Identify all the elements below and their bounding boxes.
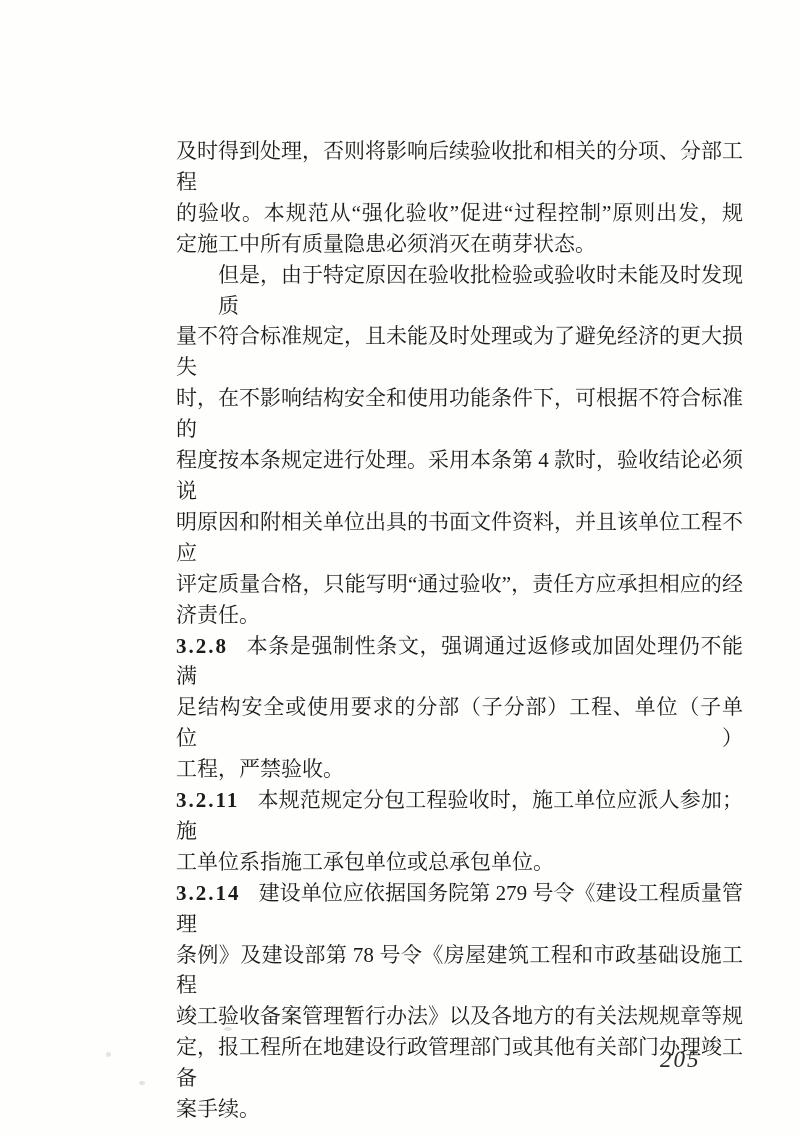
text-line: 3.2.14建设单位应依据国务院第 279 号令《建设工程质量管理 — [176, 878, 743, 940]
clause-number: 3.2.14 — [176, 881, 241, 905]
body-text-block: 及时得到处理，否则将影响后续验收批和相关的分项、分部工程 的验收。本规范从“强化… — [176, 136, 743, 1125]
text-line: 评定质量合格，只能写明“通过验收”，责任方应承担相应的经 — [176, 569, 743, 600]
text-line: 定施工中所有质量隐患必须消灭在萌芽状态。 — [176, 229, 743, 260]
text-line: 及时得到处理，否则将影响后续验收批和相关的分项、分部工程 — [176, 136, 743, 198]
text-line: 但是，由于特定原因在验收批检验或验收时未能及时发现质 — [176, 260, 743, 322]
text-line: 时，在不影响结构安全和使用功能条件下，可根据不符合标准的 — [176, 383, 743, 445]
text-line-content: 建设单位应依据国务院第 279 号令《建设工程质量管理 — [176, 881, 743, 936]
text-line-content: 足结构安全或使用要求的分部（子分部）工程、单位（子单位） — [176, 695, 743, 750]
text-line: 工单位系指施工承包单位或总承包单位。 — [176, 847, 743, 878]
text-line-content: 程度按本条规定进行处理。采用本条第 4 款时，验收结论必须说 — [176, 448, 743, 503]
text-line-content: 竣工验收备案管理暂行办法》以及各地方的有关法规规章等规 — [176, 1004, 743, 1028]
text-line-content: 工单位系指施工承包单位或总承包单位。 — [176, 850, 554, 874]
scan-speck — [224, 1027, 232, 1031]
text-line-content: 案手续。 — [176, 1097, 260, 1121]
text-line: 工程，严禁验收。 — [176, 754, 743, 785]
text-line-content: 量不符合标准规定，且未能及时处理或为了避免经济的更大损失 — [176, 324, 743, 379]
text-line: 足结构安全或使用要求的分部（子分部）工程、单位（子单位） — [176, 692, 743, 754]
text-line-content: 本条是强制性条文，强调通过返修或加固处理仍不能满 — [176, 634, 743, 689]
text-line-content: 济责任。 — [176, 603, 260, 627]
text-line-content: 但是，由于特定原因在验收批检验或验收时未能及时发现质 — [218, 263, 743, 318]
text-line-content: 条例》及建设部第 78 号令《房屋建筑工程和市政基础设施工程 — [176, 943, 743, 998]
clause-number: 3.2.8 — [176, 634, 228, 658]
text-line: 条例》及建设部第 78 号令《房屋建筑工程和市政基础设施工程 — [176, 940, 743, 1002]
text-line-content: 明原因和附相关单位出具的书面文件资料，并且该单位工程不应 — [176, 510, 743, 565]
text-line-content: 评定质量合格，只能写明“通过验收”，责任方应承担相应的经 — [176, 572, 743, 596]
scan-speck — [106, 1052, 111, 1057]
text-line: 3.2.8本条是强制性条文，强调通过返修或加固处理仍不能满 — [176, 631, 743, 693]
text-line-content: 定，报工程所在地建设行政管理部门或其他有关部门办理竣工备 — [176, 1035, 743, 1090]
clause-number: 3.2.11 — [176, 788, 239, 812]
text-line: 的验收。本规范从“强化验收”促进“过程控制”原则出发，规 — [176, 198, 743, 229]
text-line-content: 本规范规定分包工程验收时，施工单位应派人参加；施 — [176, 788, 743, 843]
scan-speck — [684, 152, 694, 156]
text-line: 竣工验收备案管理暂行办法》以及各地方的有关法规规章等规 — [176, 1001, 743, 1032]
scan-speck — [139, 1081, 145, 1085]
text-line-content: 的验收。本规范从“强化验收”促进“过程控制”原则出发，规 — [176, 201, 743, 225]
text-line: 明原因和附相关单位出具的书面文件资料，并且该单位工程不应 — [176, 507, 743, 569]
page-number: 205 — [660, 1047, 701, 1073]
text-line: 济责任。 — [176, 600, 743, 631]
text-line: 量不符合标准规定，且未能及时处理或为了避免经济的更大损失 — [176, 321, 743, 383]
text-line-content: 工程，严禁验收。 — [176, 757, 344, 781]
text-line-content: 及时得到处理，否则将影响后续验收批和相关的分项、分部工程 — [176, 139, 743, 194]
text-line: 程度按本条规定进行处理。采用本条第 4 款时，验收结论必须说 — [176, 445, 743, 507]
text-line-content: 定施工中所有质量隐患必须消灭在萌芽状态。 — [176, 232, 596, 256]
document-page: 及时得到处理，否则将影响后续验收批和相关的分项、分部工程 的验收。本规范从“强化… — [0, 0, 800, 1135]
text-line: 案手续。 — [176, 1094, 743, 1125]
text-line: 定，报工程所在地建设行政管理部门或其他有关部门办理竣工备 — [176, 1032, 743, 1094]
text-line-content: 时，在不影响结构安全和使用功能条件下，可根据不符合标准的 — [176, 386, 743, 441]
text-line: 3.2.11本规范规定分包工程验收时，施工单位应派人参加；施 — [176, 785, 743, 847]
